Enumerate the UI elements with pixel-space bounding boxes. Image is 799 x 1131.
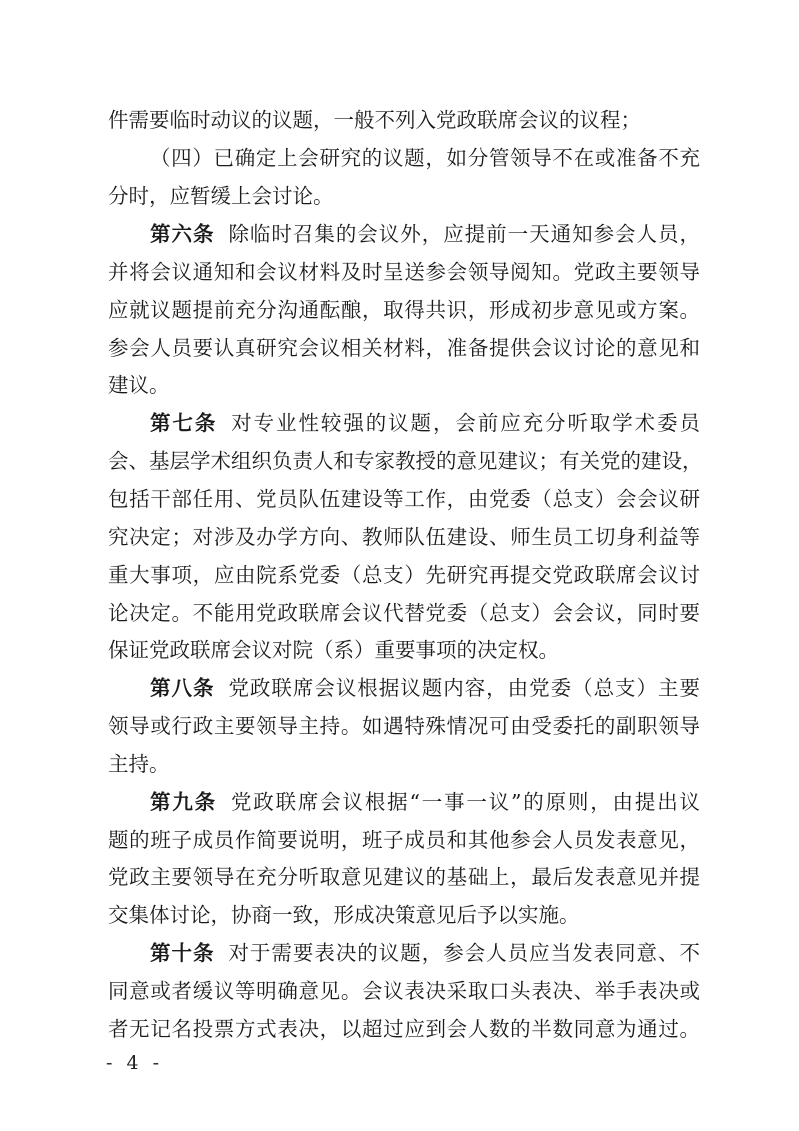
article-8-heading-line: 第八条党政联席会议根据议题内容，由党委（总支）主要 [108, 669, 700, 707]
text-line: 党政主要领导在充分听取意见建议的基础上，最后发表意见并提 [108, 858, 700, 896]
page-number: - 4 - [106, 1048, 163, 1078]
line-text: 除临时召集的会议外，应提前一天通知参会人员， [228, 222, 700, 246]
text-line: 分时，应暂缓上会讨论。 [108, 177, 700, 215]
article-title: 第八条 [150, 676, 214, 700]
line-text: 党政联席会议根据“一事一议”的原则，由提出议 [231, 790, 700, 814]
text-line: 建议。 [108, 366, 700, 404]
text-line: 包括干部任用、党员队伍建设等工作，由党委（总支）会会议研 [108, 480, 700, 518]
line-text: 党政主要领导在充分听取意见建议的基础上，最后发表意见并提 [108, 865, 700, 889]
article-9-heading-line: 第九条党政联席会议根据“一事一议”的原则，由提出议 [108, 783, 700, 821]
line-text: 对专业性较强的议题，会前应充分听取学术委员 [231, 411, 700, 435]
article-title: 第七条 [150, 411, 217, 435]
text-line: 并将会议通知和会议材料及时呈送参会领导阅知。党政主要领导 [108, 253, 700, 291]
line-text: 重大事项，应由院系党委（总支）先研究再提交党政联席会议讨 [108, 563, 700, 587]
line-text: 件需要临时动议的议题，一般不列入党政联席会议的议程； [108, 108, 641, 132]
line-text: 建议。 [108, 373, 170, 397]
text-line: 会、基层学术组织负责人和专家教授的意见建议；有关党的建设， [108, 442, 700, 480]
document-page: 件需要临时动议的议题，一般不列入党政联席会议的议程； （四）已确定上会研究的议题… [0, 0, 799, 1131]
line-text: 分时，应暂缓上会讨论。 [108, 184, 334, 208]
text-line: 参会人员要认真研究会议相关材料，准备提供会议讨论的意见和 [108, 329, 700, 367]
text-line: 交集体讨论，协商一致，形成决策意见后予以实施。 [108, 896, 700, 934]
text-line: （四）已确定上会研究的议题，如分管领导不在或准备不充 [108, 139, 700, 177]
text-line: 同意或者缓议等明确意见。会议表决采取口头表决、举手表决或 [108, 972, 700, 1010]
line-text: 包括干部任用、党员队伍建设等工作，由党委（总支）会会议研 [108, 487, 700, 511]
text-line: 者无记名投票方式表决，以超过应到会人数的半数同意为通过。 [108, 1010, 700, 1048]
line-text: 参会人员要认真研究会议相关材料，准备提供会议讨论的意见和 [108, 336, 700, 360]
article-title: 第十条 [150, 941, 214, 965]
line-text: 同意或者缓议等明确意见。会议表决采取口头表决、举手表决或 [108, 979, 700, 1003]
article-7-heading-line: 第七条对专业性较强的议题，会前应充分听取学术委员 [108, 404, 700, 442]
article-6-heading-line: 第六条除临时召集的会议外，应提前一天通知参会人员， [108, 215, 700, 253]
text-line: 究决定；对涉及办学方向、教师队伍建设、师生员工切身利益等 [108, 518, 700, 556]
line-text: 题的班子成员作简要说明，班子成员和其他参会人员发表意见， [108, 828, 700, 852]
text-line: 领导或行政主要领导主持。如遇特殊情况可由受委托的副职领导 [108, 707, 700, 745]
line-text: （四）已确定上会研究的议题，如分管领导不在或准备不充 [150, 146, 700, 170]
line-text: 究决定；对涉及办学方向、教师队伍建设、师生员工切身利益等 [108, 525, 700, 549]
text-line: 主持。 [108, 745, 700, 783]
line-text: 对于需要表决的议题，参会人员应当发表同意、不 [228, 941, 700, 965]
line-text: 并将会议通知和会议材料及时呈送参会领导阅知。党政主要领导 [108, 260, 700, 284]
article-title: 第九条 [150, 790, 217, 814]
line-text: 应就议题提前充分沟通酝酿，取得共识，形成初步意见或方案。 [108, 298, 700, 322]
line-text: 保证党政联席会议对院（系）重要事项的决定权。 [108, 638, 559, 662]
line-text: 会、基层学术组织负责人和专家教授的意见建议；有关党的建设， [108, 449, 703, 473]
text-line: 保证党政联席会议对院（系）重要事项的决定权。 [108, 631, 700, 669]
line-text: 党政联席会议根据议题内容，由党委（总支）主要 [228, 676, 700, 700]
article-title: 第六条 [150, 222, 214, 246]
article-10-heading-line: 第十条对于需要表决的议题，参会人员应当发表同意、不 [108, 934, 700, 972]
text-line: 重大事项，应由院系党委（总支）先研究再提交党政联席会议讨 [108, 556, 700, 594]
text-line: 应就议题提前充分沟通酝酿，取得共识，形成初步意见或方案。 [108, 291, 700, 329]
line-text: 领导或行政主要领导主持。如遇特殊情况可由受委托的副职领导 [108, 714, 700, 738]
line-text: 交集体讨论，协商一致，形成决策意见后予以实施。 [108, 903, 580, 927]
line-text: 论决定。不能用党政联席会议代替党委（总支）会会议，同时要 [108, 601, 700, 625]
text-line: 件需要临时动议的议题，一般不列入党政联席会议的议程； [108, 101, 700, 139]
text-line: 论决定。不能用党政联席会议代替党委（总支）会会议，同时要 [108, 594, 700, 632]
line-text: 者无记名投票方式表决，以超过应到会人数的半数同意为通过。 [108, 1017, 700, 1041]
line-text: 主持。 [108, 752, 170, 776]
text-line: 题的班子成员作简要说明，班子成员和其他参会人员发表意见， [108, 821, 700, 859]
